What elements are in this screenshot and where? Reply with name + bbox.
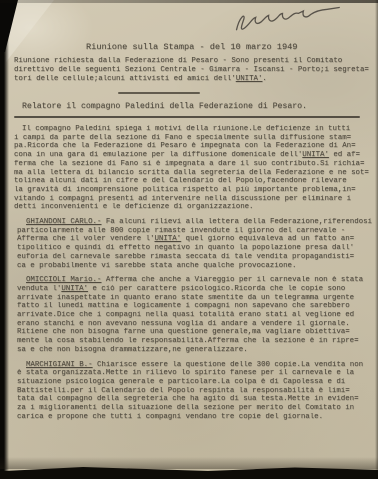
intro-paragraph: Riunione richiesta dalla Federazione di … — [14, 57, 376, 84]
text-line: MARCHIGIANI B.- Chiarisce essere la ques… — [17, 361, 374, 370]
text-line: tata dal compagno della segreteria che h… — [17, 395, 374, 404]
text-line: particolarmente alle 800 copie rimaste i… — [17, 227, 374, 236]
text-line: mente la cosa stabilendo le responsabili… — [17, 337, 374, 346]
text-line: sa e che non bisogna drammatizzare,ne ge… — [17, 346, 374, 355]
text-line: arrivate inaspettate in quanto erano sta… — [17, 294, 374, 303]
divider-short — [118, 92, 200, 94]
text-line: è stata organizzata.Mette in rilievo lo … — [17, 369, 374, 378]
text-line: i campi da parte della sezione di Fano e… — [14, 134, 374, 143]
text-line: Il compagno Paledini spiega i motivi del… — [14, 125, 374, 134]
text-line: ca e probabilmente vi sarebbe stata anch… — [17, 262, 374, 271]
text-line: GHIANDONI CARLO.- Fa alcuni rilievi alla… — [17, 218, 374, 227]
text-line: vitando i compagni presenti ad interveni… — [14, 195, 374, 204]
text-line: erano stanchi e non avevano nessuna vogl… — [17, 320, 374, 329]
speaker-name: OMICCIOLI Mario.- — [26, 276, 101, 284]
text-line: za i miglioramenti della situazione dell… — [17, 404, 374, 413]
text-line: direttivo delle seguenti Sezioni Central… — [14, 66, 376, 75]
text-line: carica e propone che tutti i compagni ve… — [17, 413, 374, 422]
minutes-paragraph: OMICCIOLI Mario.- Afferma che anche a Vi… — [14, 276, 374, 354]
minutes-paragraph: MARCHIGIANI B.- Chiarisce essere la ques… — [14, 361, 374, 422]
text-line: pa.Ricorda che la Federazione di Pesaro … — [14, 142, 374, 151]
divider-long — [14, 116, 360, 118]
text-line: fatto il lunedì mattina e logicamente i … — [17, 302, 374, 311]
text-line: ferma che la sezione di Fano si è impegn… — [14, 160, 374, 169]
minutes-paragraph: GHIANDONI CARLO.- Fa alcuni rilievi alla… — [14, 218, 374, 270]
text-line: Afferma che il voler vendere l'UNITA' qu… — [17, 235, 374, 244]
text-line: euforia del carnevale sarebbe rimasta se… — [17, 253, 374, 262]
text-line: venduta l'UNITA' e ciò per carattere psi… — [17, 285, 374, 294]
text-line: arrivate.Dice che i compagni nella quasi… — [17, 311, 374, 320]
handwritten-annotation — [229, 1, 349, 39]
scan-edge-top — [0, 0, 378, 3]
text-line: tipolitico e quindi di effetto negativo … — [17, 244, 374, 253]
text-line: OMICCIOLI Mario.- Afferma che anche a Vi… — [17, 276, 374, 285]
scan-edge-left — [0, 0, 9, 479]
text-line: Battistelli.per il Calendario del Popolo… — [17, 387, 374, 396]
relatore-line: Relatore il compagno Paledini della Fede… — [22, 102, 307, 111]
speaker-name: MARCHIGIANI B.- — [26, 361, 93, 369]
document-title: Riunione sulla Stampa - del 10 marzo 194… — [86, 42, 297, 52]
minutes-paragraphs: Il compagno Paledini spiega i motivi del… — [14, 125, 374, 428]
text-line: tolinea alcuni dati in cifre e del Calen… — [14, 177, 374, 186]
text-line: cona in una gara di emulazione per la di… — [14, 151, 374, 160]
paper: Riunione sulla Stampa - del 10 marzo 194… — [0, 0, 378, 479]
text-line: detti inconvenienti e le deficienze di o… — [14, 203, 374, 212]
speaker-name: GHIANDONI CARLO.- — [26, 218, 101, 226]
paper-bottom-shadow — [0, 457, 378, 469]
text-line: situazione psicologica generale e partic… — [17, 378, 374, 387]
text-line: Riunione richiesta dalla Federazione di … — [14, 57, 376, 66]
text-line: Ritiene che non bisogna farne una questi… — [17, 328, 374, 337]
text-line: ma alla lettera di bilancio scritta dall… — [14, 169, 374, 178]
minutes-paragraph: Il compagno Paledini spiega i motivi del… — [14, 125, 374, 212]
text-line: tori delle cellule;alcuni attivisti ed a… — [14, 75, 376, 84]
text-line: la gravità di incomprensione politica ri… — [14, 186, 374, 195]
scanned-document: Riunione sulla Stampa - del 10 marzo 194… — [0, 0, 378, 479]
